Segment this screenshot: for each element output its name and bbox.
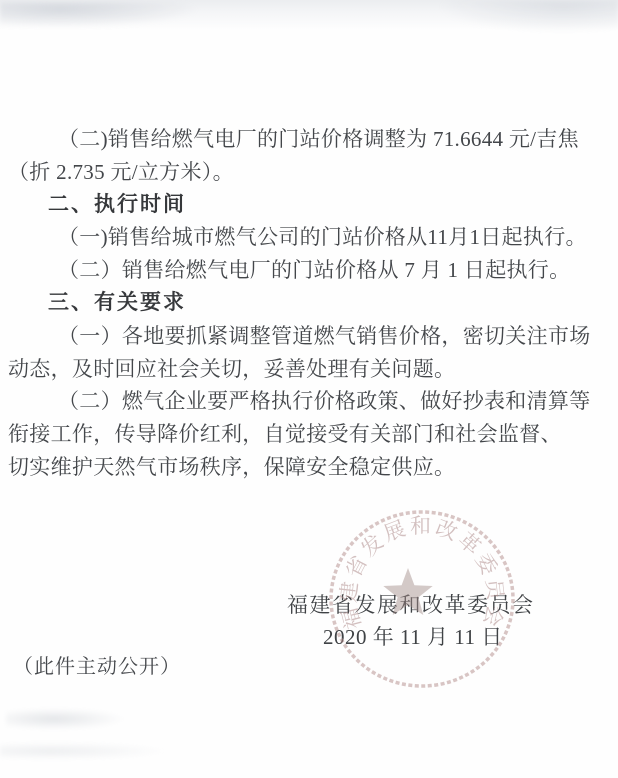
scan-noise-blob bbox=[0, 2, 200, 28]
scan-noise-smudge bbox=[0, 742, 170, 760]
document-line: （二)销售给燃气电厂的门站价格调整为 71.6644 元/吉焦 bbox=[58, 123, 618, 156]
document-line: （折 2.735 元/立方米）。 bbox=[8, 156, 618, 189]
scan-noise-smudge bbox=[6, 708, 126, 730]
section-heading: 三、有关要求 bbox=[48, 287, 618, 320]
document-line: （一)销售给城市燃气公司的门站价格从11月1日起执行。 bbox=[58, 221, 618, 254]
document-line: 动态，及时回应社会关切，妥善处理有关问题。 bbox=[8, 353, 618, 386]
official-seal: 福建省发展和改革委员会 bbox=[326, 508, 518, 694]
document-line: 衔接工作，传导降价红利，自觉接受有关部门和社会监督、 bbox=[8, 418, 618, 451]
document-line: （二）销售给燃气电厂的门站价格从 7 月 1 日起执行。 bbox=[58, 254, 618, 287]
scan-noise-blob bbox=[438, 0, 618, 34]
document-body: （二)销售给燃气电厂的门站价格调整为 71.6644 元/吉焦 （折 2.735… bbox=[0, 123, 618, 484]
document-line: （一）各地要抓紧调整管道燃气销售价格，密切关注市场 bbox=[58, 320, 618, 353]
document-line: 切实维护天然气市场秩序，保障安全稳定供应。 bbox=[8, 451, 618, 484]
disclosure-footer-note: （此件主动公开） bbox=[13, 650, 181, 679]
document-line: （二）燃气企业要严格执行价格政策、做好抄表和清算等 bbox=[58, 385, 618, 418]
document-page: （二)销售给燃气电厂的门站价格调整为 71.6644 元/吉焦 （折 2.735… bbox=[0, 0, 618, 778]
section-heading: 二、执行时间 bbox=[48, 189, 618, 222]
star-icon bbox=[383, 568, 432, 615]
